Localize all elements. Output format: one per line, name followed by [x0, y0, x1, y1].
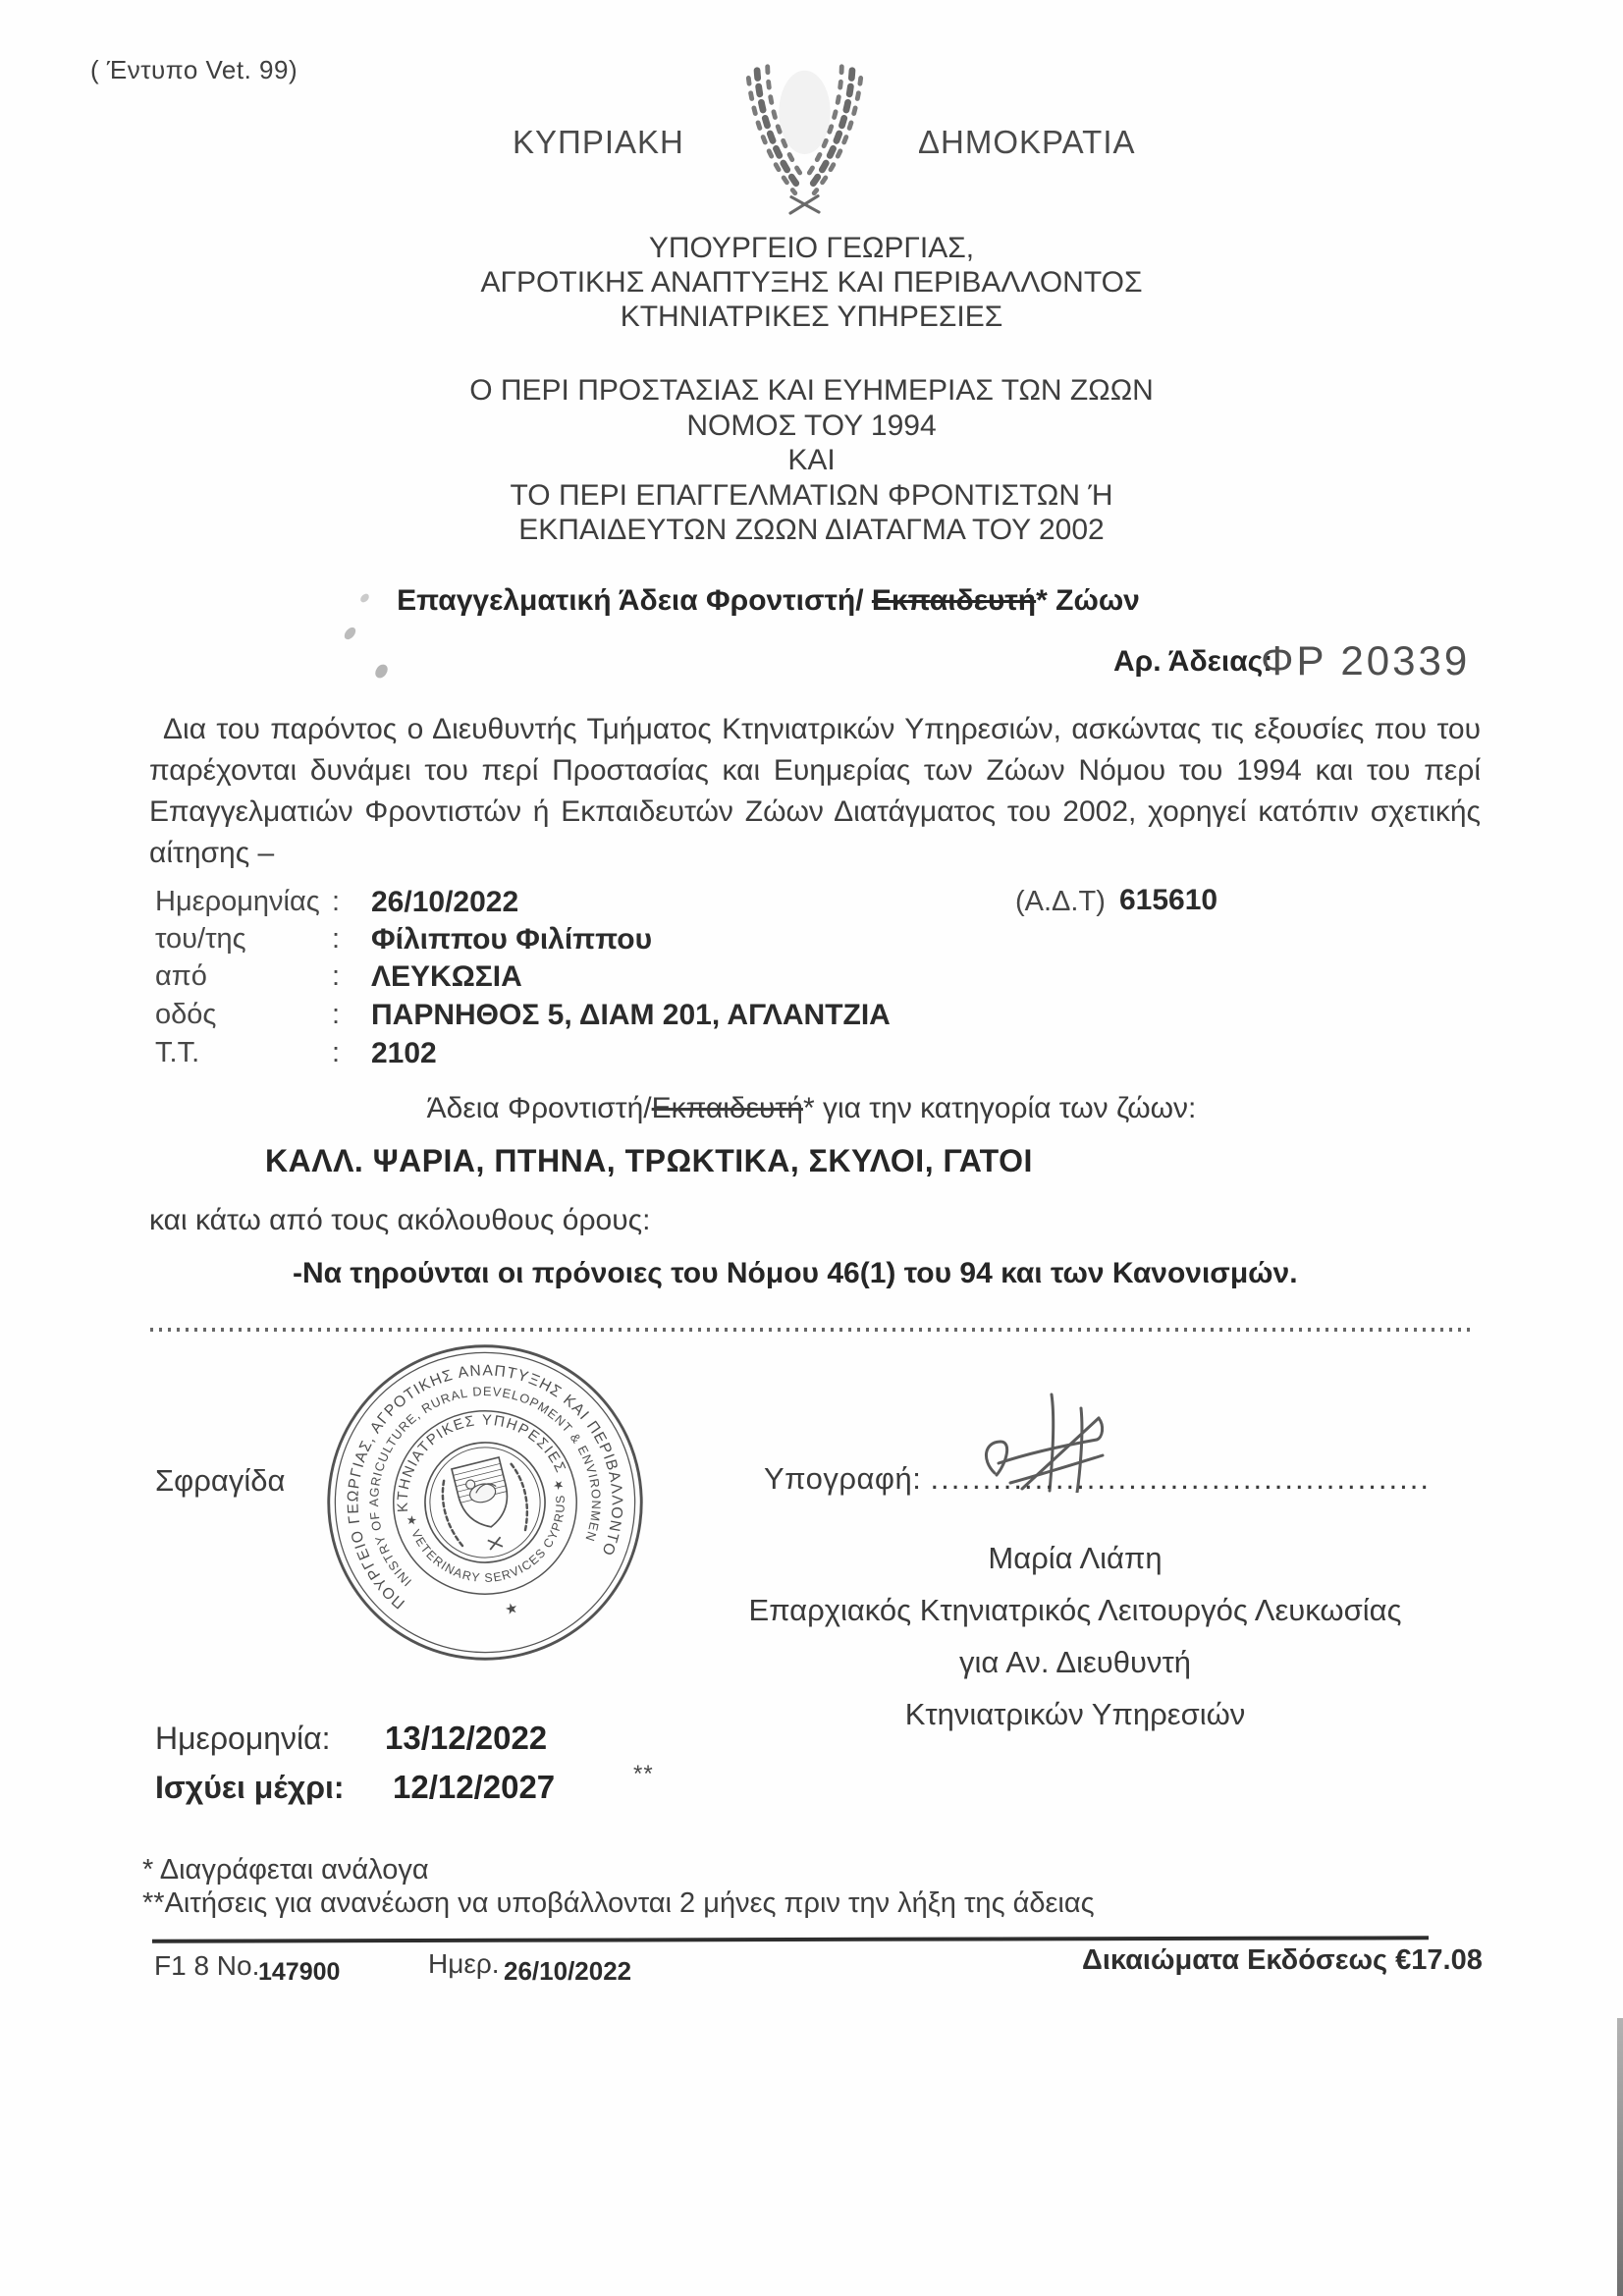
license-title: Επαγγελματική Άδεια Φροντιστή/ Εκπαιδευτ…	[0, 584, 1580, 618]
signer-on-behalf: για Αν. Διευθυντή	[731, 1636, 1419, 1688]
footer-rule	[152, 1936, 1429, 1942]
license-number-label: Αρ. Άδειας:	[1113, 645, 1272, 679]
handwritten-signature	[967, 1383, 1124, 1493]
field-value: 2102	[371, 1037, 437, 1070]
stamp-outer-english-text: MINISTRY OF AGRICULTURE, RURAL DEVELOPME…	[289, 1306, 617, 1609]
license-title-pre: Επαγγελματική Άδεια Φροντιστή/	[397, 584, 872, 617]
category-line-struck: Εκπαιδευτή	[652, 1092, 803, 1124]
field-colon: :	[332, 999, 340, 1031]
field-row-city: από : ΛΕΥΚΩΣΙΑ	[0, 960, 1623, 1000]
field-label: Ημερομηνίας	[155, 886, 320, 918]
field-label: από	[155, 960, 207, 993]
footer-form-number-value: 147900	[258, 1958, 340, 1987]
issue-date-value: 13/12/2022	[385, 1720, 547, 1757]
law-line: Ο ΠΕΡΙ ΠΡΟΣΤΑΣΙΑΣ ΚΑΙ ΕΥΗΜΕΡΙΑΣ ΤΩΝ ΖΩΩΝ	[0, 373, 1623, 409]
law-line: ΝΟΜΟΣ ΤΟΥ 1994	[0, 409, 1623, 444]
field-label: Τ.Τ.	[155, 1037, 199, 1069]
id-card-label: (Α.Δ.Τ)	[1015, 886, 1106, 918]
ministry-line: ΚΤΗΝΙΑΤΡΙΚΕΣ ΥΠΗΡΕΣΙΕΣ	[0, 300, 1623, 334]
category-line-pre: Άδεια Φροντιστή/	[427, 1092, 652, 1124]
field-value: ΛΕΥΚΩΣΙΑ	[371, 960, 522, 994]
stamp-coat-of-arms	[435, 1453, 536, 1558]
valid-until-value: 12/12/2027	[393, 1769, 555, 1806]
dotted-separator	[150, 1328, 1474, 1332]
scan-artifact	[343, 626, 358, 642]
field-label: οδός	[155, 999, 216, 1031]
terms-intro: και κάτω από τους ακόλουθους όρους:	[149, 1204, 650, 1237]
stamp-label: Σφραγίδα	[155, 1463, 285, 1499]
field-row-date: Ημερομηνίας : 26/10/2022	[0, 886, 1623, 925]
field-value: Φίλιππου Φιλίππου	[371, 923, 652, 957]
law-heading: Ο ΠΕΡΙ ΠΡΟΣΤΑΣΙΑΣ ΚΑΙ ΕΥΗΜΕΡΙΑΣ ΤΩΝ ΖΩΩΝ…	[0, 373, 1623, 548]
ministry-line: ΑΓΡΟΤΙΚΗΣ ΑΝΑΠΤΥΞΗΣ ΚΑΙ ΠΕΡΙΒΑΛΛΟΝΤΟΣ	[0, 265, 1623, 300]
law-line: ΤΟ ΠΕΡΙ ΕΠΑΓΓΕΛΜΑΤΙΩΝ ΦΡΟΝΤΙΣΤΩΝ Ή	[0, 478, 1623, 514]
field-colon: :	[332, 960, 340, 993]
form-code: ( Έντυπο Vet. 99)	[90, 55, 298, 85]
svg-text:MINISTRY OF AGRICULTURE, RURAL: MINISTRY OF AGRICULTURE, RURAL DEVELOPME…	[289, 1306, 617, 1609]
category-line: Άδεια Φροντιστή/Εκπαιδευτή* για την κατη…	[0, 1092, 1623, 1125]
footnote-delete-as-appropriate: * Διαγράφεται ανάλογα	[142, 1854, 429, 1886]
field-value: 26/10/2022	[371, 886, 518, 919]
field-value: ΠΑΡΝΗΘΟΣ 5, ΔΙΑΜ 201, ΑΓΛΑΝΤΖΙΑ	[371, 999, 891, 1032]
field-colon: :	[332, 886, 340, 918]
footnote-renewal: **Αιτήσεις για ανανέωση να υποβάλλονται …	[142, 1887, 1095, 1920]
field-colon: :	[332, 923, 340, 956]
law-line: ΚΑΙ	[0, 443, 1623, 478]
field-row-street: οδός : ΠΑΡΝΗΘΟΣ 5, ΔΙΑΜ 201, ΑΓΛΑΝΤΖΙΑ	[0, 999, 1623, 1038]
field-row-postcode: Τ.Τ. : 2102	[0, 1037, 1623, 1076]
ministry-round-stamp: ΥΠΟΥΡΓΕΙΟ ΓΕΩΡΓΙΑΣ, ΑΓΡΟΤΙΚΗΣ ΑΝΑΠΤΥΞΗΣ …	[289, 1306, 681, 1699]
field-row-name: του/της : Φίλιππου Φιλίππου	[0, 923, 1623, 962]
footer-issuance-fee: Δικαιώματα Εκδόσεως €17.08	[1082, 1944, 1483, 1977]
issue-date-label: Ημερομηνία:	[155, 1721, 331, 1757]
license-number-value: ΦΡ 20339	[1261, 637, 1470, 684]
valid-until-label: Ισχύει μέχρι:	[155, 1770, 345, 1806]
ministry-line: ΥΠΟΥΡΓΕΙΟ ΓΕΩΡΓΙΑΣ,	[0, 231, 1623, 265]
signature-label: Υπογραφή:	[764, 1461, 921, 1496]
republic-name-right: ΔΗΜΟΚΡΑΤΙΑ	[918, 124, 1136, 161]
field-label: του/της	[155, 923, 246, 956]
footer-date-label: Ημερ.	[428, 1948, 500, 1980]
signer-department: Κτηνιατρικών Υπηρεσιών	[731, 1688, 1419, 1740]
signer-name: Μαρία Λιάπη	[731, 1532, 1419, 1584]
ministry-heading: ΥΠΟΥΡΓΕΙΟ ΓΕΩΡΓΙΑΣ, ΑΓΡΟΤΙΚΗΣ ΑΝΑΠΤΥΞΗΣ …	[0, 231, 1623, 334]
signer-block: Μαρία Λιάπη Επαρχιακός Κτηνιατρικός Λειτ…	[731, 1532, 1419, 1740]
category-line-post: * για την κατηγορία των ζώων:	[803, 1092, 1196, 1124]
license-title-post: * Ζώων	[1036, 584, 1140, 617]
laurel-wreath-emblem	[729, 57, 881, 219]
stamp-bottom-star: ★	[504, 1601, 520, 1619]
scan-artifact	[373, 662, 391, 681]
grant-paragraph: Δια του παρόντος ο Διευθυντής Τμήματος Κ…	[149, 709, 1481, 874]
signer-title: Επαρχιακός Κτηνιατρικός Λειτουργός Λευκω…	[731, 1584, 1419, 1636]
footer-date-value: 26/10/2022	[504, 1956, 631, 1987]
terms-condition: -Να τηρούνται οι πρόνοιες του Νόμου 46(1…	[293, 1257, 1298, 1290]
footer-form-number-label: F1 8 No.	[154, 1950, 259, 1982]
license-title-struck: Εκπαιδευτή	[872, 584, 1036, 617]
id-card-value: 615610	[1119, 884, 1217, 917]
field-colon: :	[332, 1037, 340, 1069]
republic-name-left: ΚΥΠΡΙΑΚΗ	[513, 124, 684, 161]
animal-categories: ΚΑΛΛ. ΨΑΡΙΑ, ΠΤΗΝΑ, ΤΡΩΚΤΙΚΑ, ΣΚΥΛΟΙ, ΓΑ…	[265, 1143, 1033, 1179]
scan-edge-artifact	[1617, 2018, 1623, 2296]
law-line: ΕΚΠΑΙΔΕΥΤΩΝ ΖΩΩΝ ΔΙΑΤΑΓΜΑ ΤΟΥ 2002	[0, 513, 1623, 548]
scanned-license-document: ( Έντυπο Vet. 99) ΚΥΠΡΙΑΚΗ ΔΗΜΟΚΡΑΤΙΑ ΥΠ…	[0, 0, 1623, 2296]
valid-until-asterisks: **	[633, 1761, 654, 1788]
